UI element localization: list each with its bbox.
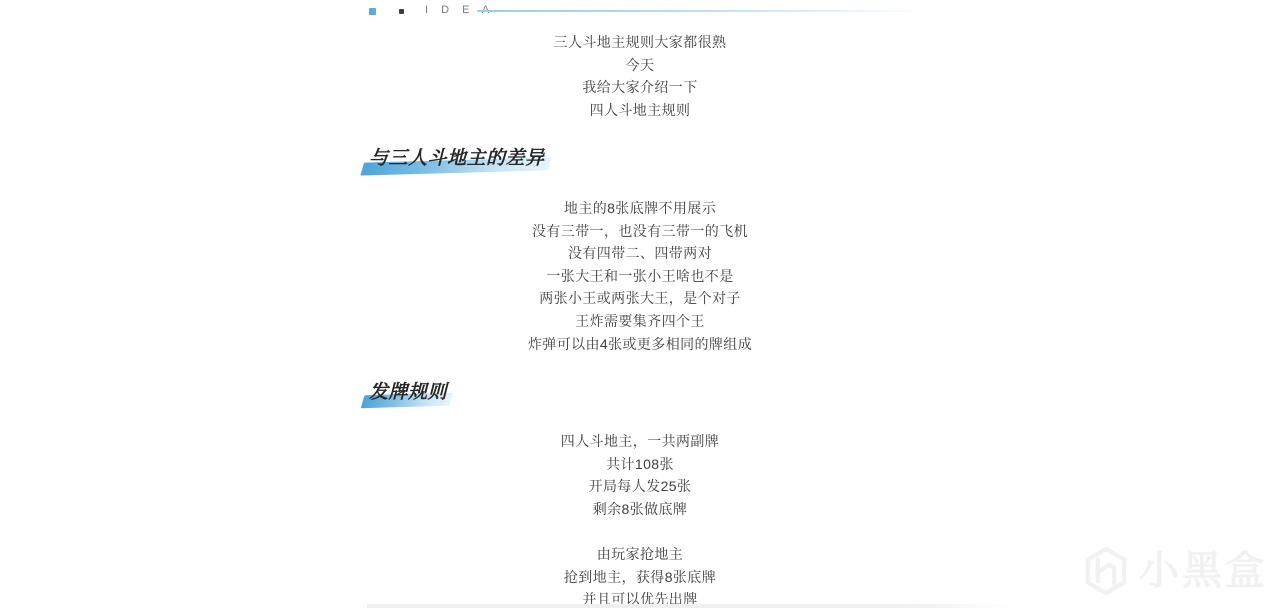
heading-differences: 与三人斗地主的差异 bbox=[369, 148, 545, 170]
text-line: 四人斗地主，一共两副牌 bbox=[368, 430, 912, 453]
text-line: 王炸需要集齐四个王 bbox=[368, 310, 912, 333]
xiaoheihe-logo-icon bbox=[1083, 546, 1129, 596]
text-line: 没有三带一，也没有三带一的飞机 bbox=[368, 220, 912, 243]
text-line: 剩余8张做底牌 bbox=[368, 498, 912, 521]
heading-text: 发牌规则 bbox=[369, 382, 447, 403]
text-line: 一张大王和一张小王啥也不是 bbox=[368, 265, 912, 288]
text-line: 我给大家介绍一下 bbox=[368, 76, 912, 99]
text-line: 没有四带二、四带两对 bbox=[368, 242, 912, 265]
heading-dealing-rules: 发牌规则 bbox=[369, 382, 447, 404]
text-line: 共计108张 bbox=[368, 453, 912, 476]
text-line: 四人斗地主规则 bbox=[368, 99, 912, 122]
watermark: 小黑盒 bbox=[1083, 546, 1268, 596]
text-line: 炸弹可以由4张或更多相同的牌组成 bbox=[368, 333, 912, 356]
dealing-paragraph-2: 由玩家抢地主 抢到地主，获得8张底牌 并且可以优先出牌 bbox=[368, 543, 912, 611]
differences-paragraph: 地主的8张底牌不用展示 没有三带一，也没有三带一的飞机 没有四带二、四带两对 一… bbox=[368, 197, 912, 355]
brand-blue-square-icon bbox=[369, 8, 376, 15]
text-line: 今天 bbox=[368, 54, 912, 77]
text-line: 由玩家抢地主 bbox=[368, 543, 912, 566]
dealing-paragraph-1: 四人斗地主，一共两副牌 共计108张 开局每人发25张 剩余8张做底牌 bbox=[368, 430, 912, 520]
brand-divider-line bbox=[477, 10, 920, 12]
brand-dark-square-icon bbox=[399, 9, 404, 14]
text-line: 两张小王或两张大王，是个对子 bbox=[368, 287, 912, 310]
text-line: 地主的8张底牌不用展示 bbox=[368, 197, 912, 220]
watermark-text: 小黑盒 bbox=[1139, 546, 1268, 596]
text-line: 抢到地主，获得8张底牌 bbox=[368, 566, 912, 589]
text-line: 开局每人发25张 bbox=[368, 475, 912, 498]
text-line: 三人斗地主规则大家都很熟 bbox=[368, 31, 912, 54]
article-page: I D E A 三人斗地主规则大家都很熟 今天 我给大家介绍一下 四人斗地主规则… bbox=[0, 0, 1280, 612]
intro-paragraph: 三人斗地主规则大家都很熟 今天 我给大家介绍一下 四人斗地主规则 bbox=[368, 31, 912, 121]
heading-text: 与三人斗地主的差异 bbox=[369, 148, 545, 169]
next-section-divider bbox=[367, 604, 1015, 608]
